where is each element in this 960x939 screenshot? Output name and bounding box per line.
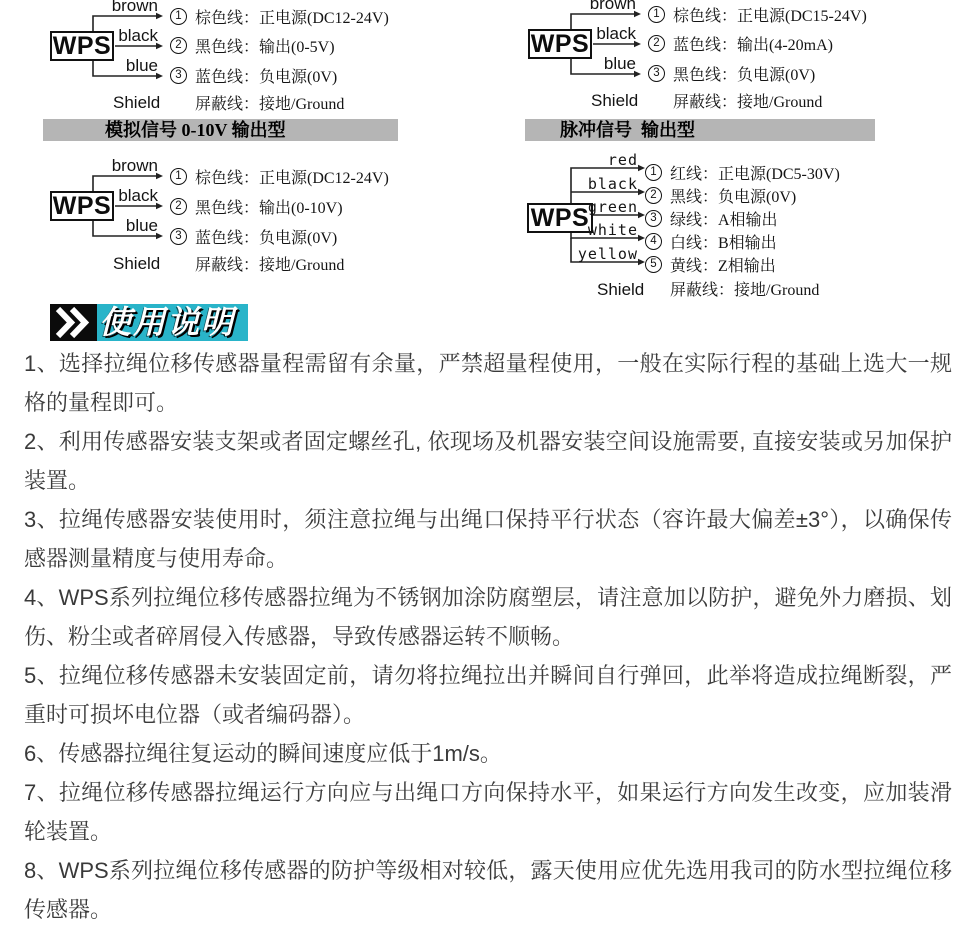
usage-instruction-item: 7、拉绳位移传感器拉绳运行方向应与出绳口方向保持水平，如果运行方向发生改变，应加… [24, 773, 952, 851]
wire-desc-line: 3绿线：A相输出 [645, 209, 778, 228]
double-chevron-icon [50, 304, 97, 341]
section-header-pulse: 脉冲信号 输出型 [525, 119, 875, 141]
wire-desc-text: 黑色线：输出(0-10V) [195, 195, 343, 218]
wire-label-yellow: yellow [560, 245, 638, 263]
wire-label-red: red [560, 151, 638, 169]
wire-desc-text: 屏蔽线：接地/Ground [195, 252, 344, 275]
wire-desc-text: 黄线：Z相输出 [670, 253, 776, 276]
wire-label-black: black [100, 187, 158, 205]
wire-desc-text: 蓝色线：负电源(0V) [195, 64, 337, 87]
wire-desc-line: 2黑色线：输出(0-10V) [170, 197, 343, 216]
wire-desc-line: 3蓝色线：负电源(0V) [170, 66, 337, 85]
shield-label: Shield [113, 93, 160, 113]
current-4-20ma-diagram: WPS brown black blue Shield 1棕色线：正电源(DC1… [518, 0, 960, 114]
wire-desc-line: 2黑色线：输出(0-5V) [170, 36, 335, 55]
wire-desc-text: 屏蔽线：接地/Ground [195, 91, 344, 114]
section-header-analog-0-10v: 模拟信号 0-10V 输出型 [43, 119, 398, 141]
wire-desc-text: 黑色线：负电源(0V) [673, 62, 815, 85]
wire-label-brown: brown [578, 0, 636, 13]
wire-desc-line: 屏蔽线：接地/Ground [648, 91, 822, 110]
usage-instruction-item: 5、拉绳位移传感器未安装固定前，请勿将拉绳拉出并瞬间自行弹回，此举将造成拉绳断裂… [24, 656, 952, 734]
wire-desc-line: 1棕色线：正电源(DC15-24V) [648, 5, 867, 24]
shield-label: Shield [597, 280, 644, 300]
wire-desc-line: 3黑色线：负电源(0V) [648, 64, 815, 83]
wire-desc-text: 红线：正电源(DC5-30V) [670, 161, 840, 184]
wire-label-blue: blue [100, 217, 158, 235]
wire-desc-text: 绿线：A相输出 [670, 207, 778, 230]
usage-instruction-item: 6、传感器拉绳往复运动的瞬间速度应低于1m/s。 [24, 734, 952, 773]
wire-desc-text: 棕色线：正电源(DC15-24V) [673, 3, 867, 26]
wire-desc-line: 2蓝色线：输出(4-20mA) [648, 34, 833, 53]
wire-label-black: black [100, 27, 158, 45]
wire-label-white: white [560, 221, 638, 239]
wire-label-blue: blue [578, 55, 636, 73]
wire-desc-line: 屏蔽线：接地/Ground [645, 279, 819, 298]
analog-0-5v-diagram: WPS brown black blue Shield 1棕色线：正电源(DC1… [40, 0, 482, 116]
usage-section-badge: 使用说明 [50, 304, 248, 341]
wire-label-green: green [560, 198, 638, 216]
usage-instruction-item: 8、WPS系列拉绳位移传感器的防护等级相对较低，露天使用应优先选用我司的防水型拉… [24, 851, 952, 929]
wire-desc-line: 1红线：正电源(DC5-30V) [645, 163, 840, 182]
wire-desc-text: 白线：B相输出 [670, 230, 777, 253]
wire-desc-text: 屏蔽线：接地/Ground [670, 277, 819, 300]
usage-instruction-item: 1、选择拉绳位移传感器量程需留有余量，严禁超量程使用，一般在实际行程的基础上选大… [24, 344, 952, 422]
wire-label-black: black [560, 175, 638, 193]
wire-label-black: black [578, 25, 636, 43]
wire-desc-line: 1棕色线：正电源(DC12-24V) [170, 7, 389, 26]
usage-instructions: 1、选择拉绳位移传感器量程需留有余量，严禁超量程使用，一般在实际行程的基础上选大… [24, 344, 952, 929]
usage-instruction-item: 2、利用传感器安装支架或者固定螺丝孔, 依现场及机器安装空间设施需要, 直接安装… [24, 422, 952, 500]
wire-label-blue: blue [100, 57, 158, 75]
wire-desc-text: 黑线：负电源(0V) [670, 184, 796, 207]
shield-label: Shield [591, 91, 638, 111]
wire-desc-line: 5黄线：Z相输出 [645, 255, 776, 274]
usage-badge-label-box: 使用说明 [97, 304, 248, 341]
wire-desc-line: 3蓝色线：负电源(0V) [170, 227, 337, 246]
usage-instruction-item: 3、拉绳传感器安装使用时，须注意拉绳与出绳口保持平行状态（容许最大偏差±3°），… [24, 500, 952, 578]
wire-desc-text: 棕色线：正电源(DC12-24V) [195, 5, 389, 28]
wire-desc-text: 棕色线：正电源(DC12-24V) [195, 165, 389, 188]
pulse-output-diagram: WPS red black green white yellow Shield … [518, 150, 960, 310]
wire-desc-line: 屏蔽线：接地/Ground [170, 93, 344, 112]
wire-desc-text: 蓝色线：负电源(0V) [195, 225, 337, 248]
wire-desc-text: 黑色线：输出(0-5V) [195, 34, 335, 57]
wire-label-brown: brown [100, 157, 158, 175]
wire-desc-line: 2黑线：负电源(0V) [645, 186, 796, 205]
shield-label: Shield [113, 254, 160, 274]
wire-desc-line: 屏蔽线：接地/Ground [170, 254, 344, 273]
wire-label-brown: brown [100, 0, 158, 15]
wire-desc-line: 4白线：B相输出 [645, 232, 777, 251]
usage-section-title: 使用说明 [99, 301, 235, 343]
analog-0-10v-diagram: WPS brown black blue Shield 1棕色线：正电源(DC1… [40, 160, 482, 276]
datasheet-page: WPS brown black blue Shield 1棕色线：正电源(DC1… [0, 0, 960, 939]
usage-instruction-item: 4、WPS系列拉绳位移传感器拉绳为不锈钢加涂防腐塑层，请注意加以防护，避免外力磨… [24, 578, 952, 656]
wire-desc-line: 1棕色线：正电源(DC12-24V) [170, 167, 389, 186]
wire-desc-text: 蓝色线：输出(4-20mA) [673, 32, 833, 55]
wire-desc-text: 屏蔽线：接地/Ground [673, 89, 822, 112]
